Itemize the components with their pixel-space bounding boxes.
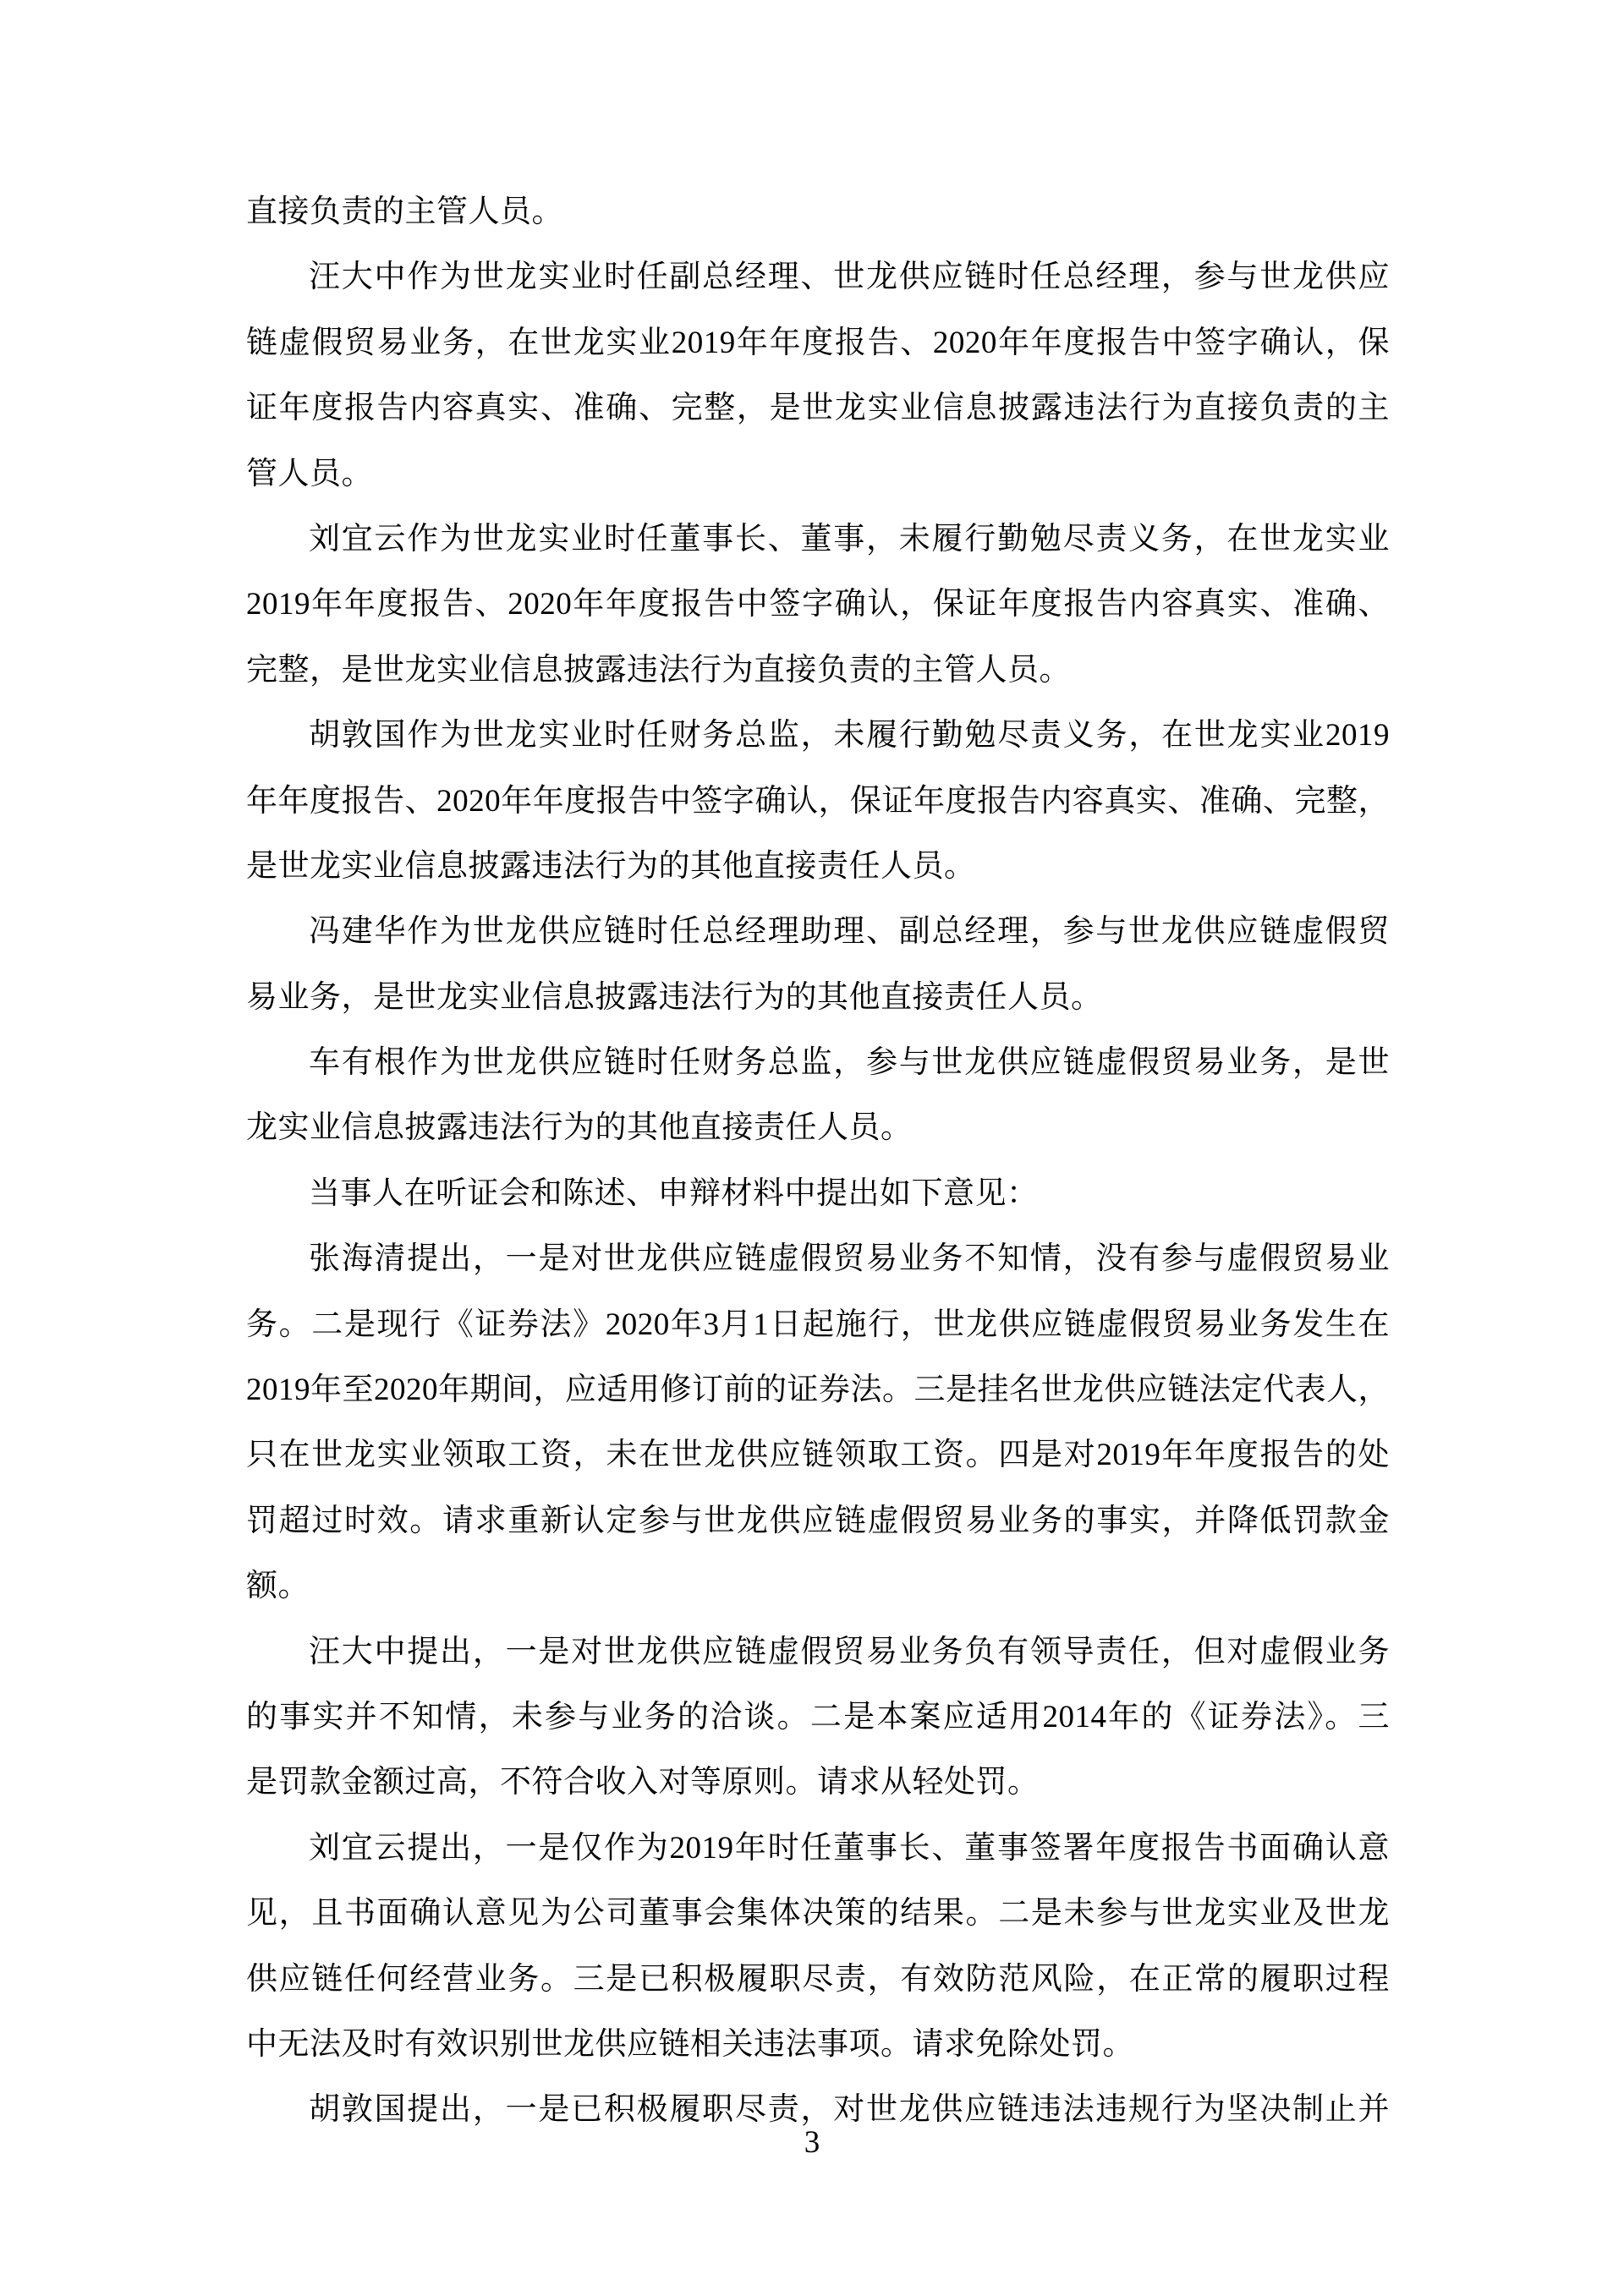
- text-line: 见，且书面确认意见为公司董事会集体决策的结果。二是未参与世龙实业及世龙: [246, 1881, 1390, 1946]
- text-line: 汪大中提出，一是对世龙供应链虚假贸易业务负有领导责任，但对虚假业务: [246, 1619, 1390, 1685]
- text-line: 龙实业信息披露违法行为的其他直接责任人员。: [246, 1095, 1390, 1160]
- text-line: 胡敦国作为世龙实业时任财务总监，未履行勤勉尽责义务，在世龙实业2019: [246, 703, 1390, 768]
- text-line: 年年度报告、2020年年度报告中签字确认，保证年度报告内容真实、准确、完整，: [246, 769, 1390, 834]
- text-line: 额。: [246, 1553, 1390, 1619]
- text-line: 张海清提出，一是对世龙供应链虚假贸易业务不知情，没有参与虚假贸易业: [246, 1226, 1390, 1291]
- document-text-block: 直接负责的主管人员。 汪大中作为世龙实业时任副总经理、世龙供应链时任总经理，参与…: [246, 179, 1390, 2143]
- text-line: 车有根作为世龙供应链时任财务总监，参与世龙供应链虚假贸易业务，是世: [246, 1030, 1390, 1095]
- text-line: 2019年年度报告、2020年年度报告中签字确认，保证年度报告内容真实、准确、: [246, 572, 1390, 637]
- text-line: 只在世龙实业领取工资，未在世龙供应链领取工资。四是对2019年年度报告的处: [246, 1422, 1390, 1488]
- text-line: 直接负责的主管人员。: [246, 179, 1390, 244]
- document-page: 直接负责的主管人员。 汪大中作为世龙实业时任副总经理、世龙供应链时任总经理，参与…: [0, 0, 1624, 2296]
- text-line: 罚超过时效。请求重新认定参与世龙供应链虚假贸易业务的事实，并降低罚款金: [246, 1488, 1390, 1553]
- text-line: 当事人在听证会和陈述、申辩材料中提出如下意见：: [246, 1161, 1390, 1226]
- page-number: 3: [0, 2124, 1624, 2162]
- text-line: 易业务，是世龙实业信息披露违法行为的其他直接责任人员。: [246, 965, 1390, 1030]
- text-line: 汪大中作为世龙实业时任副总经理、世龙供应链时任总经理，参与世龙供应: [246, 244, 1390, 310]
- text-line: 的事实并不知情，未参与业务的洽谈。二是本案应适用2014年的《证券法》。三: [246, 1685, 1390, 1750]
- text-line: 是罚款金额过高，不符合收入对等原则。请求从轻处罚。: [246, 1750, 1390, 1815]
- text-line: 刘宜云提出，一是仅作为2019年时任董事长、董事签署年度报告书面确认意: [246, 1816, 1390, 1881]
- text-line: 完整，是世龙实业信息披露违法行为直接负责的主管人员。: [246, 638, 1390, 703]
- text-line: 务。二是现行《证券法》2020年3月1日起施行，世龙供应链虚假贸易业务发生在: [246, 1292, 1390, 1357]
- text-line: 证年度报告内容真实、准确、完整，是世龙实业信息披露违法行为直接负责的主: [246, 375, 1390, 441]
- text-line: 供应链任何经营业务。三是已积极履职尽责，有效防范风险，在正常的履职过程: [246, 1947, 1390, 2012]
- text-line: 2019年至2020年期间，应适用修订前的证券法。三是挂名世龙供应链法定代表人，: [246, 1357, 1390, 1422]
- text-line: 冯建华作为世龙供应链时任总经理助理、副总经理，参与世龙供应链虚假贸: [246, 899, 1390, 964]
- text-line: 中无法及时有效识别世龙供应链相关违法事项。请求免除处罚。: [246, 2012, 1390, 2077]
- text-line: 刘宜云作为世龙实业时任董事长、董事，未履行勤勉尽责义务，在世龙实业: [246, 507, 1390, 572]
- text-line: 管人员。: [246, 441, 1390, 507]
- text-line: 是世龙实业信息披露违法行为的其他直接责任人员。: [246, 834, 1390, 899]
- text-line: 链虚假贸易业务，在世龙实业2019年年度报告、2020年年度报告中签字确认，保: [246, 310, 1390, 375]
